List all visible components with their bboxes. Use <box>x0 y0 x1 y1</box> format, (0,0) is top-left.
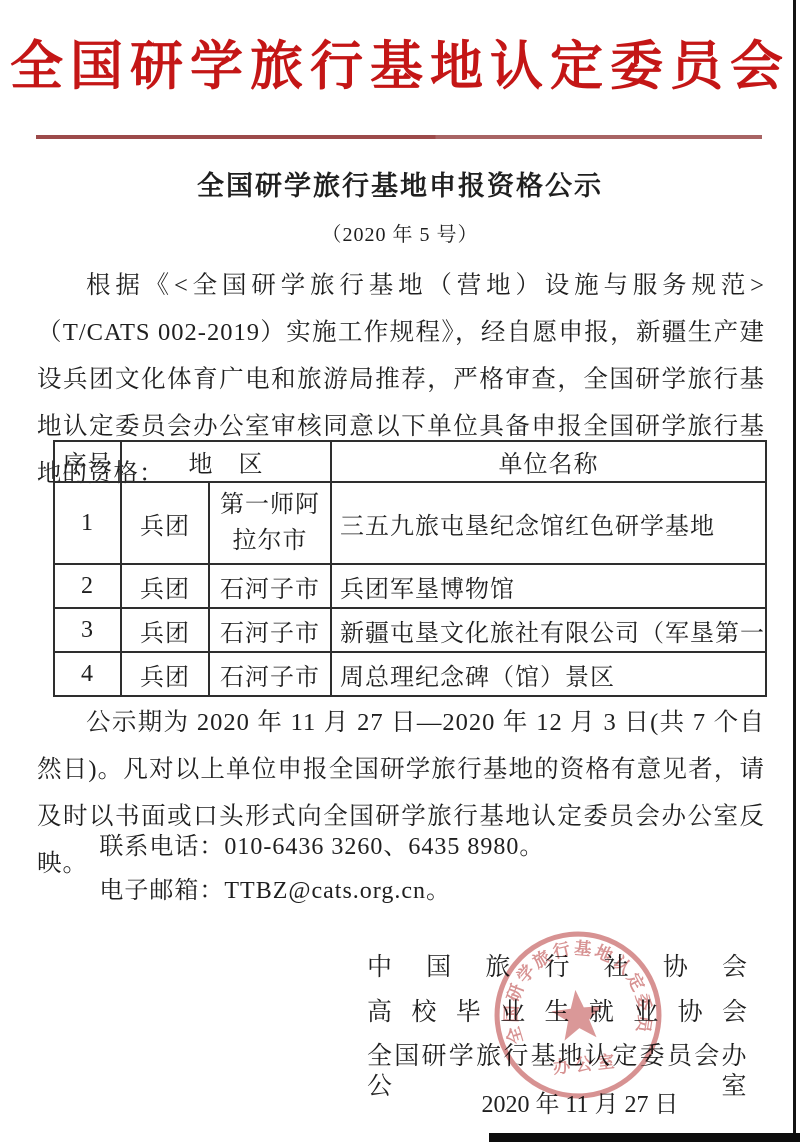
cell-unit-name: 兵团军垦博物馆 <box>331 564 766 608</box>
cell-index: 2 <box>54 564 121 608</box>
cell-city: 石河子市 <box>209 608 331 652</box>
cell-unit-name: 三五九旅屯垦纪念馆红色研学基地 <box>331 482 766 564</box>
official-seal: 全国研学旅行基地认定委员会 办公室 <box>482 919 673 1110</box>
cell-province: 兵团 <box>121 652 209 696</box>
contact-email: 电子邮箱：TTBZ@cats.org.cn。 <box>37 876 765 922</box>
table-row: 2 兵团 石河子市 兵团军垦博物馆 <box>54 564 766 608</box>
document-page: 全国研学旅行基地认定委员会 全国研学旅行基地申报资格公示 （2020 年 5 号… <box>0 0 800 1142</box>
cell-unit-name: 周总理纪念碑（馆）景区 <box>331 652 766 696</box>
table-row: 4 兵团 石河子市 周总理纪念碑（馆）景区 <box>54 652 766 696</box>
scan-edge-artifact <box>793 0 796 1142</box>
cell-province: 兵团 <box>121 564 209 608</box>
cell-index: 4 <box>54 652 121 696</box>
cell-city: 第一师阿拉尔市 <box>209 482 331 564</box>
cell-province: 兵团 <box>121 608 209 652</box>
qualified-units-table: 序号 地 区 单位名称 1 兵团 第一师阿拉尔市 三五九旅屯垦纪念馆红色研学基地… <box>53 440 767 697</box>
document-number: （2020 年 5 号） <box>0 218 800 247</box>
cell-city: 石河子市 <box>209 564 331 608</box>
cell-province: 兵团 <box>121 482 209 564</box>
table-header-row: 序号 地 区 单位名称 <box>54 441 766 482</box>
header-region: 地 区 <box>121 441 331 482</box>
seal-star-icon <box>550 987 607 1042</box>
cell-city: 石河子市 <box>209 652 331 696</box>
table-row: 3 兵团 石河子市 新疆屯垦文化旅社有限公司（军垦第一 <box>54 608 766 652</box>
table-row: 1 兵团 第一师阿拉尔市 三五九旅屯垦纪念馆红色研学基地 <box>54 482 766 564</box>
cell-unit-name: 新疆屯垦文化旅社有限公司（军垦第一 <box>331 608 766 652</box>
cell-index: 1 <box>54 482 121 564</box>
scan-bottom-artifact <box>489 1133 800 1142</box>
cell-index: 3 <box>54 608 121 652</box>
contact-phone: 联系电话：010-6436 3260、6435 8980。 <box>37 832 765 878</box>
letterhead-org-name: 全国研学旅行基地认定委员会 <box>0 24 800 100</box>
letterhead-divider <box>36 135 762 139</box>
header-index: 序号 <box>54 441 121 482</box>
document-title: 全国研学旅行基地申报资格公示 <box>0 164 800 203</box>
seal-bottom-text: 办公室 <box>552 1051 620 1078</box>
header-unit-name: 单位名称 <box>331 441 766 482</box>
